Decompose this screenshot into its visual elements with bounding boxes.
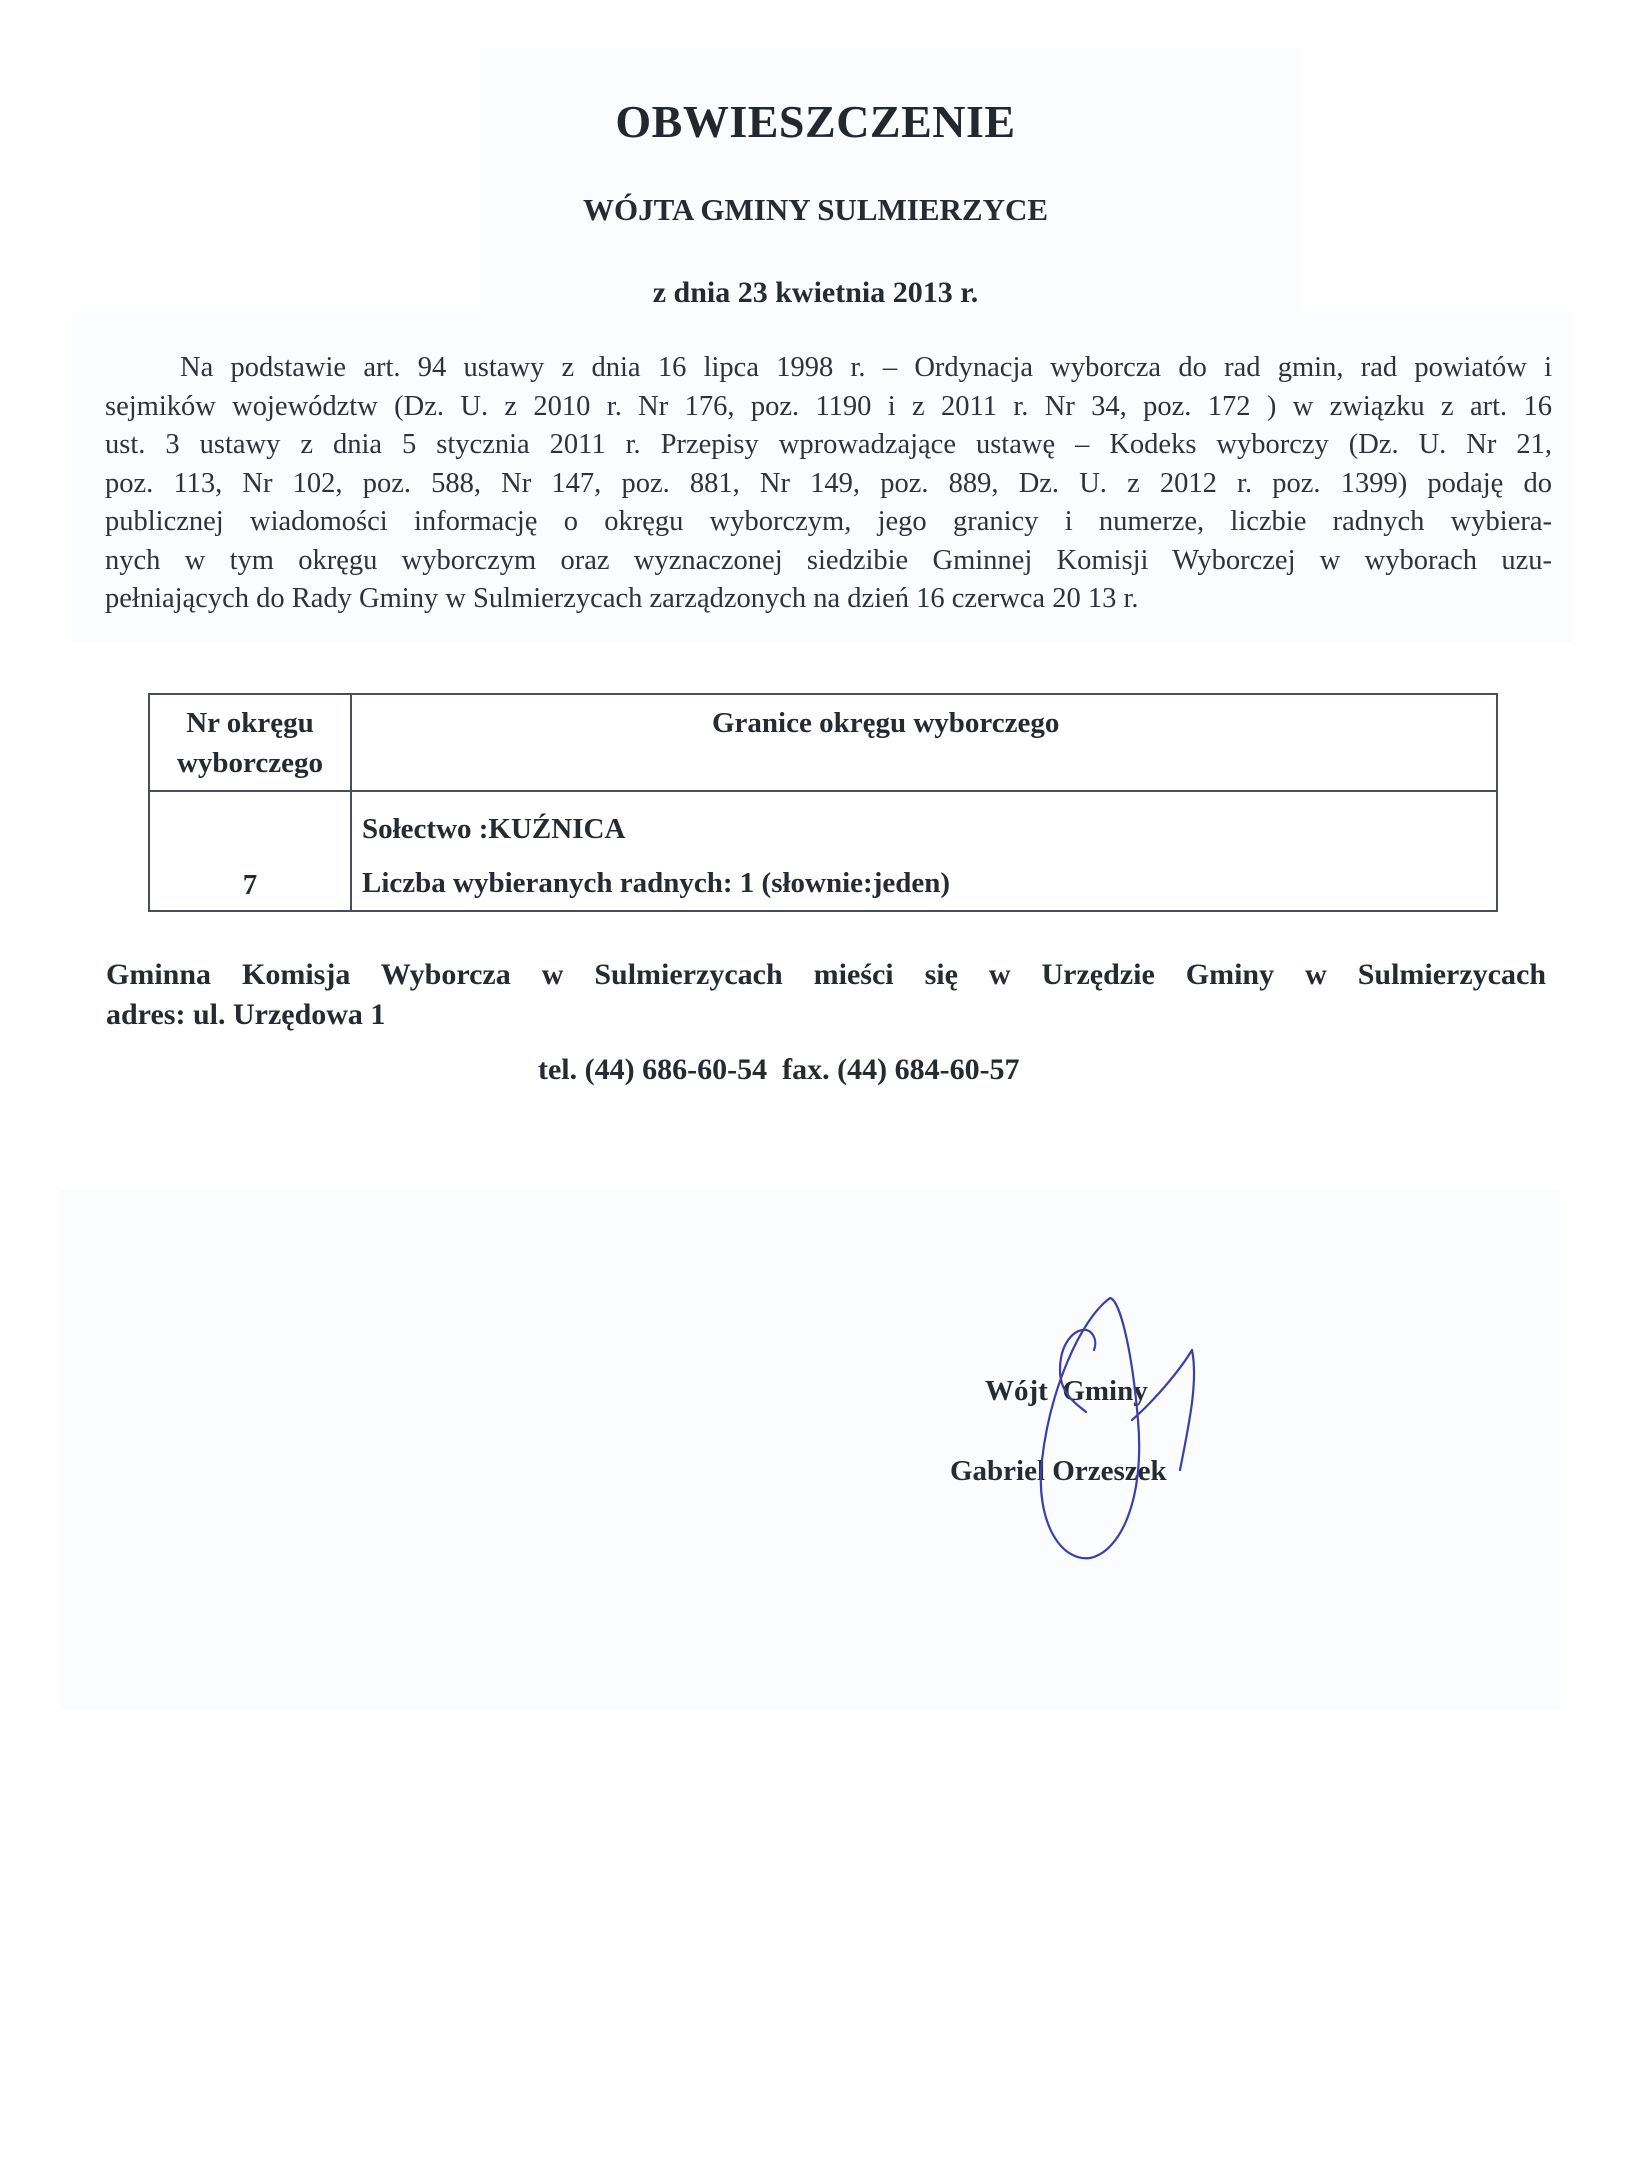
scan-artifact xyxy=(60,1190,1560,1710)
solectwo-text: Sołectwo :KUŹNICA xyxy=(362,802,1496,856)
table-header-row: Nr okręgu wyborczego Granice okręgu wybo… xyxy=(149,694,1497,791)
districts-table: Nr okręgu wyborczego Granice okręgu wybo… xyxy=(148,693,1498,912)
document-title: OBWIESZCZENIE xyxy=(0,95,1631,148)
header-district-boundaries: Granice okręgu wyborczego xyxy=(351,694,1497,791)
body-line: poz. 113, Nr 102, poz. 588, Nr 147, poz.… xyxy=(105,465,1552,504)
body-line: sejmików województw (Dz. U. z 2010 r. Nr… xyxy=(105,388,1552,427)
handwritten-signature-icon xyxy=(1020,1270,1260,1570)
body-line: ust. 3 ustawy z dnia 5 stycznia 2011 r. … xyxy=(105,426,1552,465)
commission-address: adres: ul. Urzędowa 1 xyxy=(106,998,385,1031)
commission-info: Gminna Komisja Wyborcza w Sulmierzycach … xyxy=(106,955,1546,1035)
body-line: nych w tym okręgu wyborczym oraz wyznacz… xyxy=(105,542,1552,581)
table-row: 7 Sołectwo :KUŹNICA Liczba wybieranych r… xyxy=(149,791,1497,911)
header-district-number: Nr okręgu wyborczego xyxy=(149,694,351,791)
document-subtitle: WÓJTA GMINY SULMIERZYCE xyxy=(0,192,1631,228)
cell-district-number: 7 xyxy=(149,791,351,911)
body-line: pełniających do Rady Gminy w Sulmierzyca… xyxy=(105,580,1552,619)
body-line: Na podstawie art. 94 ustawy z dnia 16 li… xyxy=(105,349,1552,388)
cell-district-boundaries: Sołectwo :KUŹNICA Liczba wybieranych rad… xyxy=(351,791,1497,911)
councillors-count-text: Liczba wybieranych radnych: 1 (słownie:j… xyxy=(362,856,1496,910)
body-paragraph: Na podstawie art. 94 ustawy z dnia 16 li… xyxy=(105,349,1552,619)
commission-contact: tel. (44) 686-60-54 fax. (44) 684-60-57 xyxy=(538,1053,1020,1087)
commission-location: Gminna Komisja Wyborcza w Sulmierzycach … xyxy=(106,955,1546,995)
document-date: z dnia 23 kwietnia 2013 r. xyxy=(0,276,1631,310)
body-line: publicznej wiadomości informację o okręg… xyxy=(105,503,1552,542)
